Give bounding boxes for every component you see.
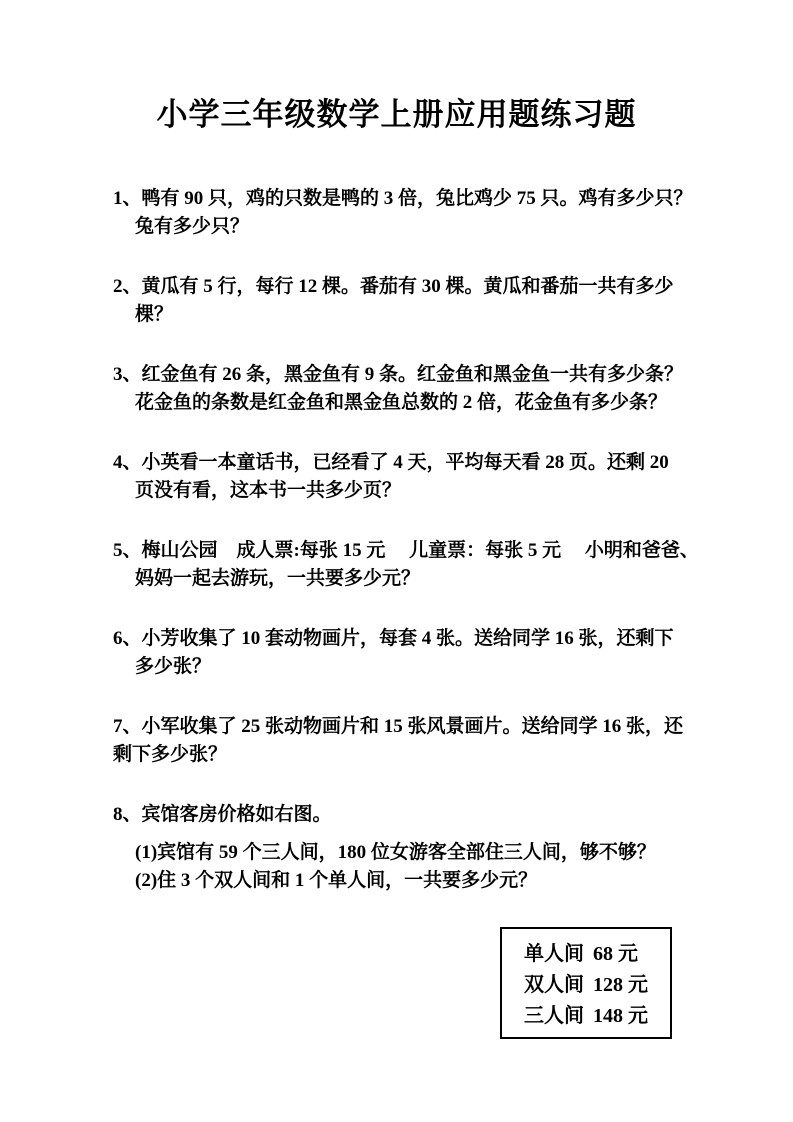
problem-number: 1、 [113,188,142,209]
problem-8: 8、宾馆客房价格如右图。 (1)宾馆有 59 个三人间，180 位女游客全部住三… [113,801,703,895]
room-price-value: 148 元 [593,1001,648,1032]
problem-8-subitem-1: (1)宾馆有 59 个三人间，180 位女游客全部住三人间，够不够？ [135,839,703,867]
problem-text: 梅山公园 成人票:每张 15 元 儿童票：每张 5 元 小明和爸爸、 [142,540,699,561]
room-type-label: 单人间 [524,939,584,970]
problem-2: 2、黄瓜有 5 行，每行 12 棵。番茄有 30 棵。黄瓜和番茄一共有多少 棵？ [113,273,703,329]
problem-line: 7、小军收集了 25 张动物画片和 15 张风景画片。送给同学 16 张，还 [113,713,703,741]
problem-text: 宾馆客房价格如右图。 [142,804,332,825]
problem-line: 妈妈一起去游玩，一共要多少元？ [113,565,703,593]
problem-text: 黄瓜有 5 行，每行 12 棵。番茄有 30 棵。黄瓜和番茄一共有多少 [142,276,674,297]
worksheet-page: 小学三年级数学上册应用题练习题 1、鸭有 90 只，鸡的只数是鸭的 3 倍，兔比… [0,0,793,1122]
problem-line: 兔有多少只？ [113,213,703,241]
price-row: 单人间 68 元 [524,939,670,970]
problem-8-subitems: (1)宾馆有 59 个三人间，180 位女游客全部住三人间，够不够？ (2)住 … [113,839,703,895]
problem-line: 多少张？ [113,653,703,681]
problem-text: 小英看一本童话书，已经看了 4 天，平均每天看 28 页。还剩 20 [142,452,669,473]
problem-line: 5、梅山公园 成人票:每张 15 元 儿童票：每张 5 元 小明和爸爸、 [113,537,703,565]
problem-5: 5、梅山公园 成人票:每张 15 元 儿童票：每张 5 元 小明和爸爸、 妈妈一… [113,537,703,593]
problem-text: 鸭有 90 只，鸡的只数是鸭的 3 倍，兔比鸡少 75 只。鸡有多少只？ [142,188,693,209]
problem-text: 小军收集了 25 张动物画片和 15 张风景画片。送给同学 16 张，还 [142,716,684,737]
room-type-label: 三人间 [524,1001,584,1032]
problem-number: 4、 [113,452,142,473]
room-price-box: 单人间 68 元 双人间 128 元 三人间 148 元 [500,927,672,1039]
problem-number: 3、 [113,364,142,385]
problem-8-subitem-2: (2)住 3 个双人间和 1 个单人间，一共要多少元？ [135,867,703,895]
problem-line: 棵？ [113,301,703,329]
room-type-label: 双人间 [524,970,584,1001]
problems-list: 1、鸭有 90 只，鸡的只数是鸭的 3 倍，兔比鸡少 75 只。鸡有多少只？ 兔… [0,185,793,1039]
problem-line: 2、黄瓜有 5 行，每行 12 棵。番茄有 30 棵。黄瓜和番茄一共有多少 [113,273,703,301]
problem-line: 3、红金鱼有 26 条，黑金鱼有 9 条。红金鱼和黑金鱼一共有多少条？ [113,361,703,389]
problem-4: 4、小英看一本童话书，已经看了 4 天，平均每天看 28 页。还剩 20 页没有… [113,449,703,505]
problem-number: 8、 [113,804,142,825]
problem-6: 6、小芳收集了 10 套动物画片，每套 4 张。送给同学 16 张，还剩下 多少… [113,625,703,681]
problem-number: 7、 [113,716,142,737]
problem-number: 5、 [113,540,142,561]
problem-line: 6、小芳收集了 10 套动物画片，每套 4 张。送给同学 16 张，还剩下 [113,625,703,653]
price-row: 三人间 148 元 [524,1001,670,1032]
price-row: 双人间 128 元 [524,970,670,1001]
problem-text: 红金鱼有 26 条，黑金鱼有 9 条。红金鱼和黑金鱼一共有多少条？ [142,364,684,385]
problem-line: 1、鸭有 90 只，鸡的只数是鸭的 3 倍，兔比鸡少 75 只。鸡有多少只？ [113,185,703,213]
problem-line: 页没有看，这本书一共多少页？ [113,477,703,505]
page-title: 小学三年级数学上册应用题练习题 [0,0,793,135]
problem-7: 7、小军收集了 25 张动物画片和 15 张风景画片。送给同学 16 张，还 剩… [113,713,703,769]
problem-text: 小芳收集了 10 套动物画片，每套 4 张。送给同学 16 张，还剩下 [142,628,674,649]
problem-1: 1、鸭有 90 只，鸡的只数是鸭的 3 倍，兔比鸡少 75 只。鸡有多少只？ 兔… [113,185,703,241]
room-price-value: 128 元 [593,970,648,1001]
problem-number: 2、 [113,276,142,297]
problem-line: 4、小英看一本童话书，已经看了 4 天，平均每天看 28 页。还剩 20 [113,449,703,477]
problem-3: 3、红金鱼有 26 条，黑金鱼有 9 条。红金鱼和黑金鱼一共有多少条？ 花金鱼的… [113,361,703,417]
room-price-value: 68 元 [593,939,638,970]
problem-line: 剩下多少张？ [113,741,703,769]
problem-line: 花金鱼的条数是红金鱼和黑金鱼总数的 2 倍，花金鱼有多少条？ [113,389,703,417]
problem-line: 8、宾馆客房价格如右图。 [113,801,703,829]
problem-number: 6、 [113,628,142,649]
